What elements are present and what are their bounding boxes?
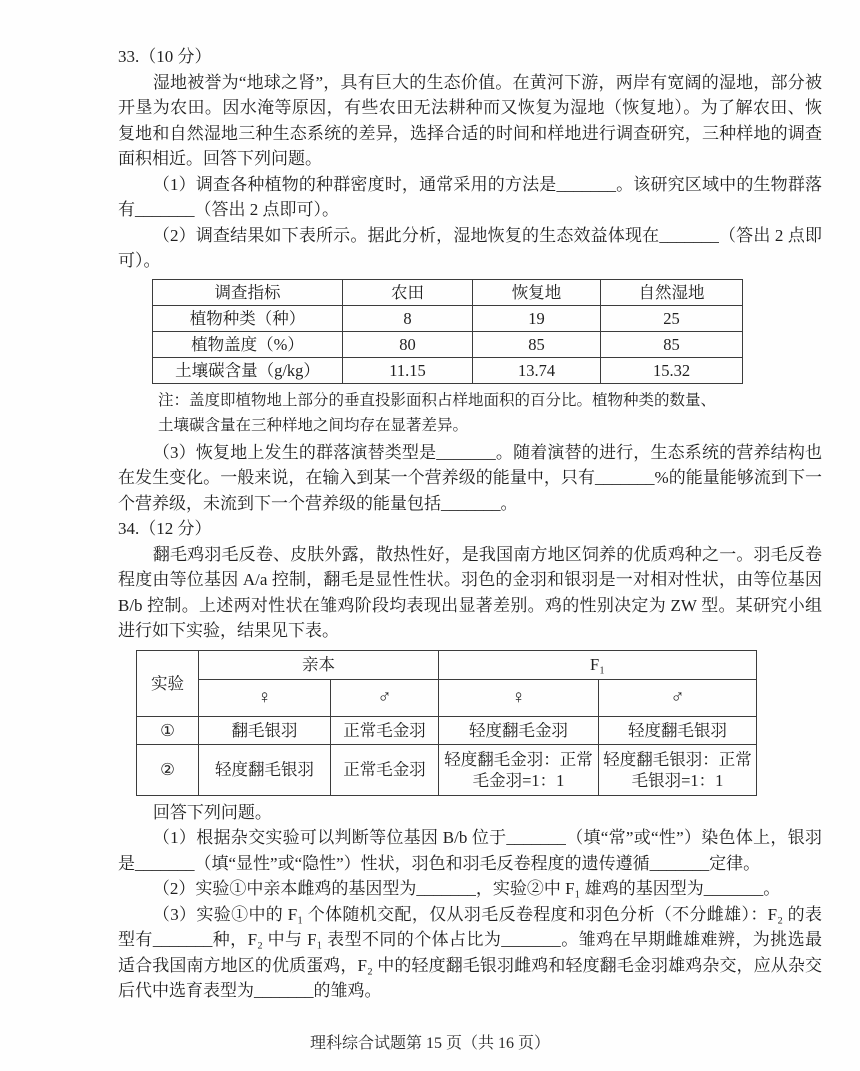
q33-th-farmland: 农田 [343,279,473,305]
q33-th-natural: 自然湿地 [601,279,743,305]
q33-row2-farmland: 80 [343,331,473,357]
q34-sub2: （2）实验①中亲本雌鸡的基因型为_______，实验②中 F₁ 雄鸡的基因型为_… [118,876,822,902]
male-icon: ♂ [599,679,757,716]
q33-row1-farmland: 8 [343,305,473,331]
q33-row2-restored: 85 [473,331,601,357]
q33-intro: 湿地被誉为“地球之肾”，具有巨大的生态价值。在黄河下游，两岸有宽阔的湿地，部分被… [118,70,822,172]
q33-number: 33.（10 分） [118,44,822,70]
q34-exp1-f1-male: 轻度翻毛银羽 [599,716,757,744]
table-row: 土壤碳含量（g/kg） 11.15 13.74 15.32 [153,357,743,383]
male-icon: ♂ [331,679,439,716]
q34-cross-table: 实验 亲本 F₁ ♀ ♂ ♀ ♂ ① 翻毛银羽 正常毛金羽 轻度翻毛金羽 轻度翻… [136,650,757,796]
q34-exp2-f1-male: 轻度翻毛银羽：正常毛银羽=1：1 [599,744,757,795]
q33-row1-label: 植物种类（种） [153,305,343,331]
q33-row2-label: 植物盖度（%） [153,331,343,357]
q33-row3-farmland: 11.15 [343,357,473,383]
q34-intro: 翻毛鸡羽毛反卷、皮肤外露，散热性好，是我国南方地区饲养的优质鸡种之一。羽毛反卷程… [118,542,822,644]
q34-exp2-f1-female: 轻度翻毛金羽：正常毛金羽=1：1 [439,744,599,795]
q33-row3-label: 土壤碳含量（g/kg） [153,357,343,383]
table-row: 植物种类（种） 8 19 25 [153,305,743,331]
q34-number: 34.（12 分） [118,516,822,542]
q33-sub1: （1）调查各种植物的种群密度时，通常采用的方法是_______。该研究区域中的生… [118,172,822,223]
q33-row1-restored: 19 [473,305,601,331]
table-row: 植物盖度（%） 80 85 85 [153,331,743,357]
q33-row3-natural: 15.32 [601,357,743,383]
q34-sub3: （3）实验①中的 F₁ 个体随机交配，仅从羽毛反卷程度和羽色分析（不分雌雄）：F… [118,902,822,1004]
table-row: ② 轻度翻毛银羽 正常毛金羽 轻度翻毛金羽：正常毛金羽=1：1 轻度翻毛银羽：正… [137,744,757,795]
q34-th-experiment: 实验 [137,650,199,716]
q33-survey-table: 调查指标 农田 恢复地 自然湿地 植物种类（种） 8 19 25 植物盖度（%）… [152,279,743,384]
q33-sub2: （2）调查结果如下表所示。据此分析，湿地恢复的生态效益体现在_______（答出… [118,223,822,274]
page-footer: 理科综合试题第 15 页（共 16 页） [0,1030,860,1053]
q33-row3-restored: 13.74 [473,357,601,383]
q34-th-f1: F₁ [439,650,757,679]
q34-exp2-parent-male: 正常毛金羽 [331,744,439,795]
female-icon: ♀ [199,679,331,716]
q34-table-header-row1: 实验 亲本 F₁ [137,650,757,679]
q34-exp1-f1-female: 轻度翻毛金羽 [439,716,599,744]
q33-sub3: （3）恢复地上发生的群落演替类型是_______。随着演替的进行，生态系统的营养… [118,440,822,517]
q33-th-indicator: 调查指标 [153,279,343,305]
page-content: 33.（10 分） 湿地被誉为“地球之肾”，具有巨大的生态价值。在黄河下游，两岸… [0,0,860,1004]
q33-row2-natural: 85 [601,331,743,357]
q33-th-restored: 恢复地 [473,279,601,305]
q33-row1-natural: 25 [601,305,743,331]
q34-answer-prompt: 回答下列问题。 [118,800,822,826]
q33-table-header-row: 调查指标 农田 恢复地 自然湿地 [153,279,743,305]
q34-exp1-id: ① [137,716,199,744]
q34-exp1-parent-male: 正常毛金羽 [331,716,439,744]
female-icon: ♀ [439,679,599,716]
q34-exp2-parent-female: 轻度翻毛银羽 [199,744,331,795]
table-row: ① 翻毛银羽 正常毛金羽 轻度翻毛金羽 轻度翻毛银羽 [137,716,757,744]
q33-table-note: 注：盖度即植物地上部分的垂直投影面积占样地面积的百分比。植物种类的数量、土壤碳含… [158,388,718,438]
q34-sub1: （1）根据杂交实验可以判断等位基因 B/b 位于_______（填“常”或“性”… [118,825,822,876]
exam-page: 33.（10 分） 湿地被誉为“地球之肾”，具有巨大的生态价值。在黄河下游，两岸… [0,0,860,1071]
q34-exp1-parent-female: 翻毛银羽 [199,716,331,744]
q34-th-parents: 亲本 [199,650,439,679]
q34-table-header-row2: ♀ ♂ ♀ ♂ [137,679,757,716]
q34-exp2-id: ② [137,744,199,795]
